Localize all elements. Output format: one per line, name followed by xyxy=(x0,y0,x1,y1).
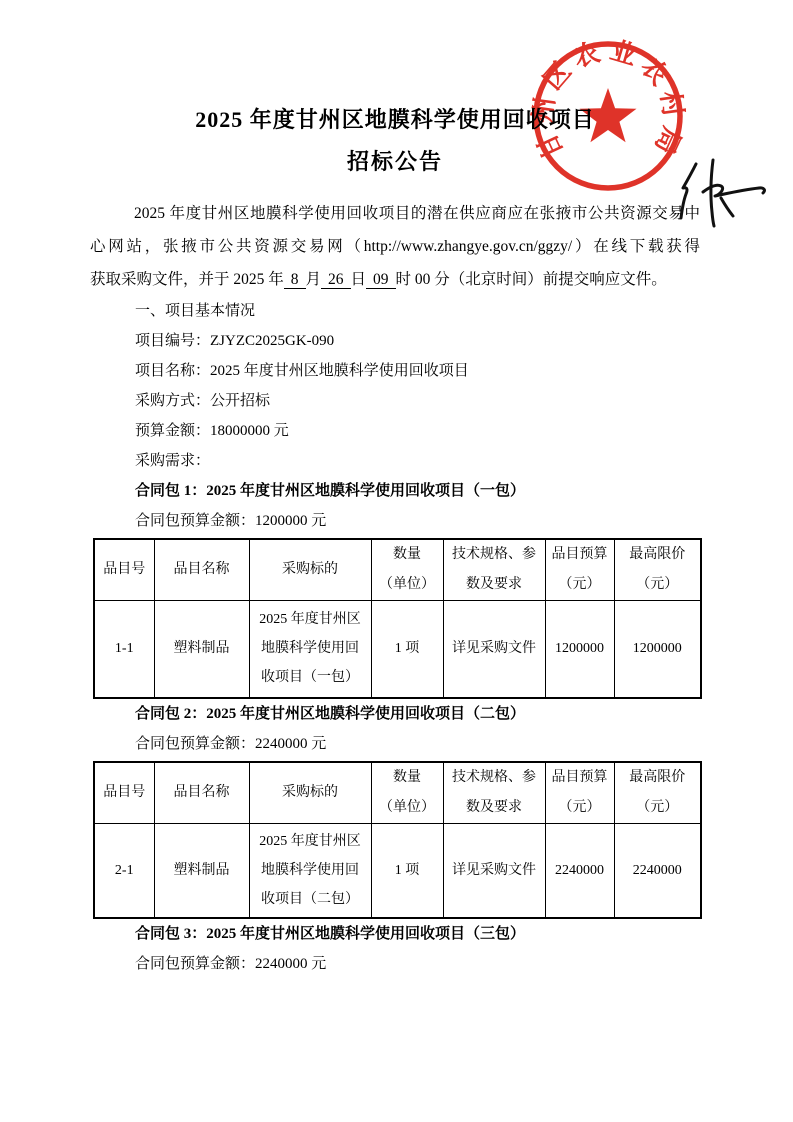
header-cell-quantity: 数量 （单位） xyxy=(371,539,443,601)
project-number-line: 项目编号：ZJYZC2025GK-090 xyxy=(90,326,700,356)
package2-items-table: 品目号 品目名称 采购标的 数量 （单位） 技术规格、参 数及要求 品目预算 （… xyxy=(93,761,702,920)
header-cell-item-name: 品目名称 xyxy=(154,539,249,601)
table-row: 2-1 塑料制品 2025 年度甘州区 地膜科学使用回 收项目（二包） 1 项 … xyxy=(94,823,701,918)
cell-quantity: 1 项 xyxy=(371,601,443,698)
package3-budget-line: 合同包预算金额：2240000 元 xyxy=(90,949,700,979)
document-page: 2025 年度甘州区地膜科学使用回收项目 招标公告 2025 年度甘州区地膜科学… xyxy=(0,0,793,1122)
cell-specs: 详见采购文件 xyxy=(443,601,545,698)
cell-item-no: 1-1 xyxy=(94,601,154,698)
document-title-line1: 2025 年度甘州区地膜科学使用回收项目 xyxy=(90,102,700,138)
procurement-method-line: 采购方式：公开招标 xyxy=(90,386,700,416)
deadline-day: 26 xyxy=(321,271,351,289)
header-cell-item-budget: 品目预算 （元） xyxy=(545,762,614,824)
header-cell-max-price: 最高限价 （元） xyxy=(614,539,701,601)
intro-line-3: 获取采购文件，并于 2025 年8月26日09时 00 分（北京时间）前提交响应… xyxy=(90,263,700,296)
signature-stroke-leg xyxy=(721,198,733,216)
procurement-demand-line: 采购需求： xyxy=(90,446,700,476)
package1-heading: 合同包 1：2025 年度甘州区地膜科学使用回收项目（一包） xyxy=(90,476,700,506)
cell-item-budget: 1200000 xyxy=(545,601,614,698)
signature-stroke-vertical xyxy=(711,160,714,226)
table-header-row: 品目号 品目名称 采购标的 数量 （单位） 技术规格、参 数及要求 品目预算 （… xyxy=(94,762,701,824)
document-title-line2: 招标公告 xyxy=(90,142,700,182)
package3-heading: 合同包 3：2025 年度甘州区地膜科学使用回收项目（三包） xyxy=(90,919,700,949)
package2-budget-line: 合同包预算金额：2240000 元 xyxy=(90,729,700,759)
cell-subject: 2025 年度甘州区 地膜科学使用回 收项目（一包） xyxy=(249,601,371,698)
intro-line-2: 心网站，张掖市公共资源交易网（http://www.zhangye.gov.cn… xyxy=(90,230,700,263)
header-cell-specs: 技术规格、参 数及要求 xyxy=(443,539,545,601)
cell-item-name: 塑料制品 xyxy=(154,601,249,698)
cell-item-no: 2-1 xyxy=(94,823,154,918)
package1-items-table: 品目号 品目名称 采购标的 数量 （单位） 技术规格、参 数及要求 品目预算 （… xyxy=(93,538,702,699)
cell-item-budget: 2240000 xyxy=(545,823,614,918)
table-header-row: 品目号 品目名称 采购标的 数量 （单位） 技术规格、参 数及要求 品目预算 （… xyxy=(94,539,701,601)
intro-line-1: 2025 年度甘州区地膜科学使用回收项目的潜在供应商应在张掖市公共资源交易中 xyxy=(90,197,700,230)
cell-max-price: 2240000 xyxy=(614,823,701,918)
header-cell-item-budget: 品目预算 （元） xyxy=(545,539,614,601)
intro-paragraph: 2025 年度甘州区地膜科学使用回收项目的潜在供应商应在张掖市公共资源交易中 心… xyxy=(90,197,700,296)
document-content: 2025 年度甘州区地膜科学使用回收项目 招标公告 2025 年度甘州区地膜科学… xyxy=(90,0,700,979)
signature-stroke-sweep xyxy=(703,185,764,196)
header-cell-quantity: 数量 （单位） xyxy=(371,762,443,824)
deadline-prefix: 获取采购文件，并于 2025 年 xyxy=(90,271,284,288)
deadline-hour: 09 xyxy=(366,271,396,289)
deadline-suffix: 时 00 分（北京时间）前提交响应文件。 xyxy=(396,271,667,288)
deadline-sep2: 日 xyxy=(351,271,367,288)
package1-budget-line: 合同包预算金额：1200000 元 xyxy=(90,506,700,536)
header-cell-subject: 采购标的 xyxy=(249,539,371,601)
cell-specs: 详见采购文件 xyxy=(443,823,545,918)
cell-max-price: 1200000 xyxy=(614,601,701,698)
header-cell-subject: 采购标的 xyxy=(249,762,371,824)
deadline-sep1: 月 xyxy=(306,271,322,288)
header-cell-item-no: 品目号 xyxy=(94,762,154,824)
project-name-line: 项目名称：2025 年度甘州区地膜科学使用回收项目 xyxy=(90,356,700,386)
deadline-month: 8 xyxy=(284,271,306,289)
cell-item-name: 塑料制品 xyxy=(154,823,249,918)
header-cell-max-price: 最高限价 （元） xyxy=(614,762,701,824)
section-heading-basic-info: 一、项目基本情况 xyxy=(90,296,700,326)
package2-heading: 合同包 2：2025 年度甘州区地膜科学使用回收项目（二包） xyxy=(90,699,700,729)
table-row: 1-1 塑料制品 2025 年度甘州区 地膜科学使用回 收项目（一包） 1 项 … xyxy=(94,601,701,698)
budget-amount-line: 预算金额：18000000 元 xyxy=(90,416,700,446)
cell-subject: 2025 年度甘州区 地膜科学使用回 收项目（二包） xyxy=(249,823,371,918)
header-cell-item-name: 品目名称 xyxy=(154,762,249,824)
header-cell-item-no: 品目号 xyxy=(94,539,154,601)
header-cell-specs: 技术规格、参 数及要求 xyxy=(443,762,545,824)
cell-quantity: 1 项 xyxy=(371,823,443,918)
